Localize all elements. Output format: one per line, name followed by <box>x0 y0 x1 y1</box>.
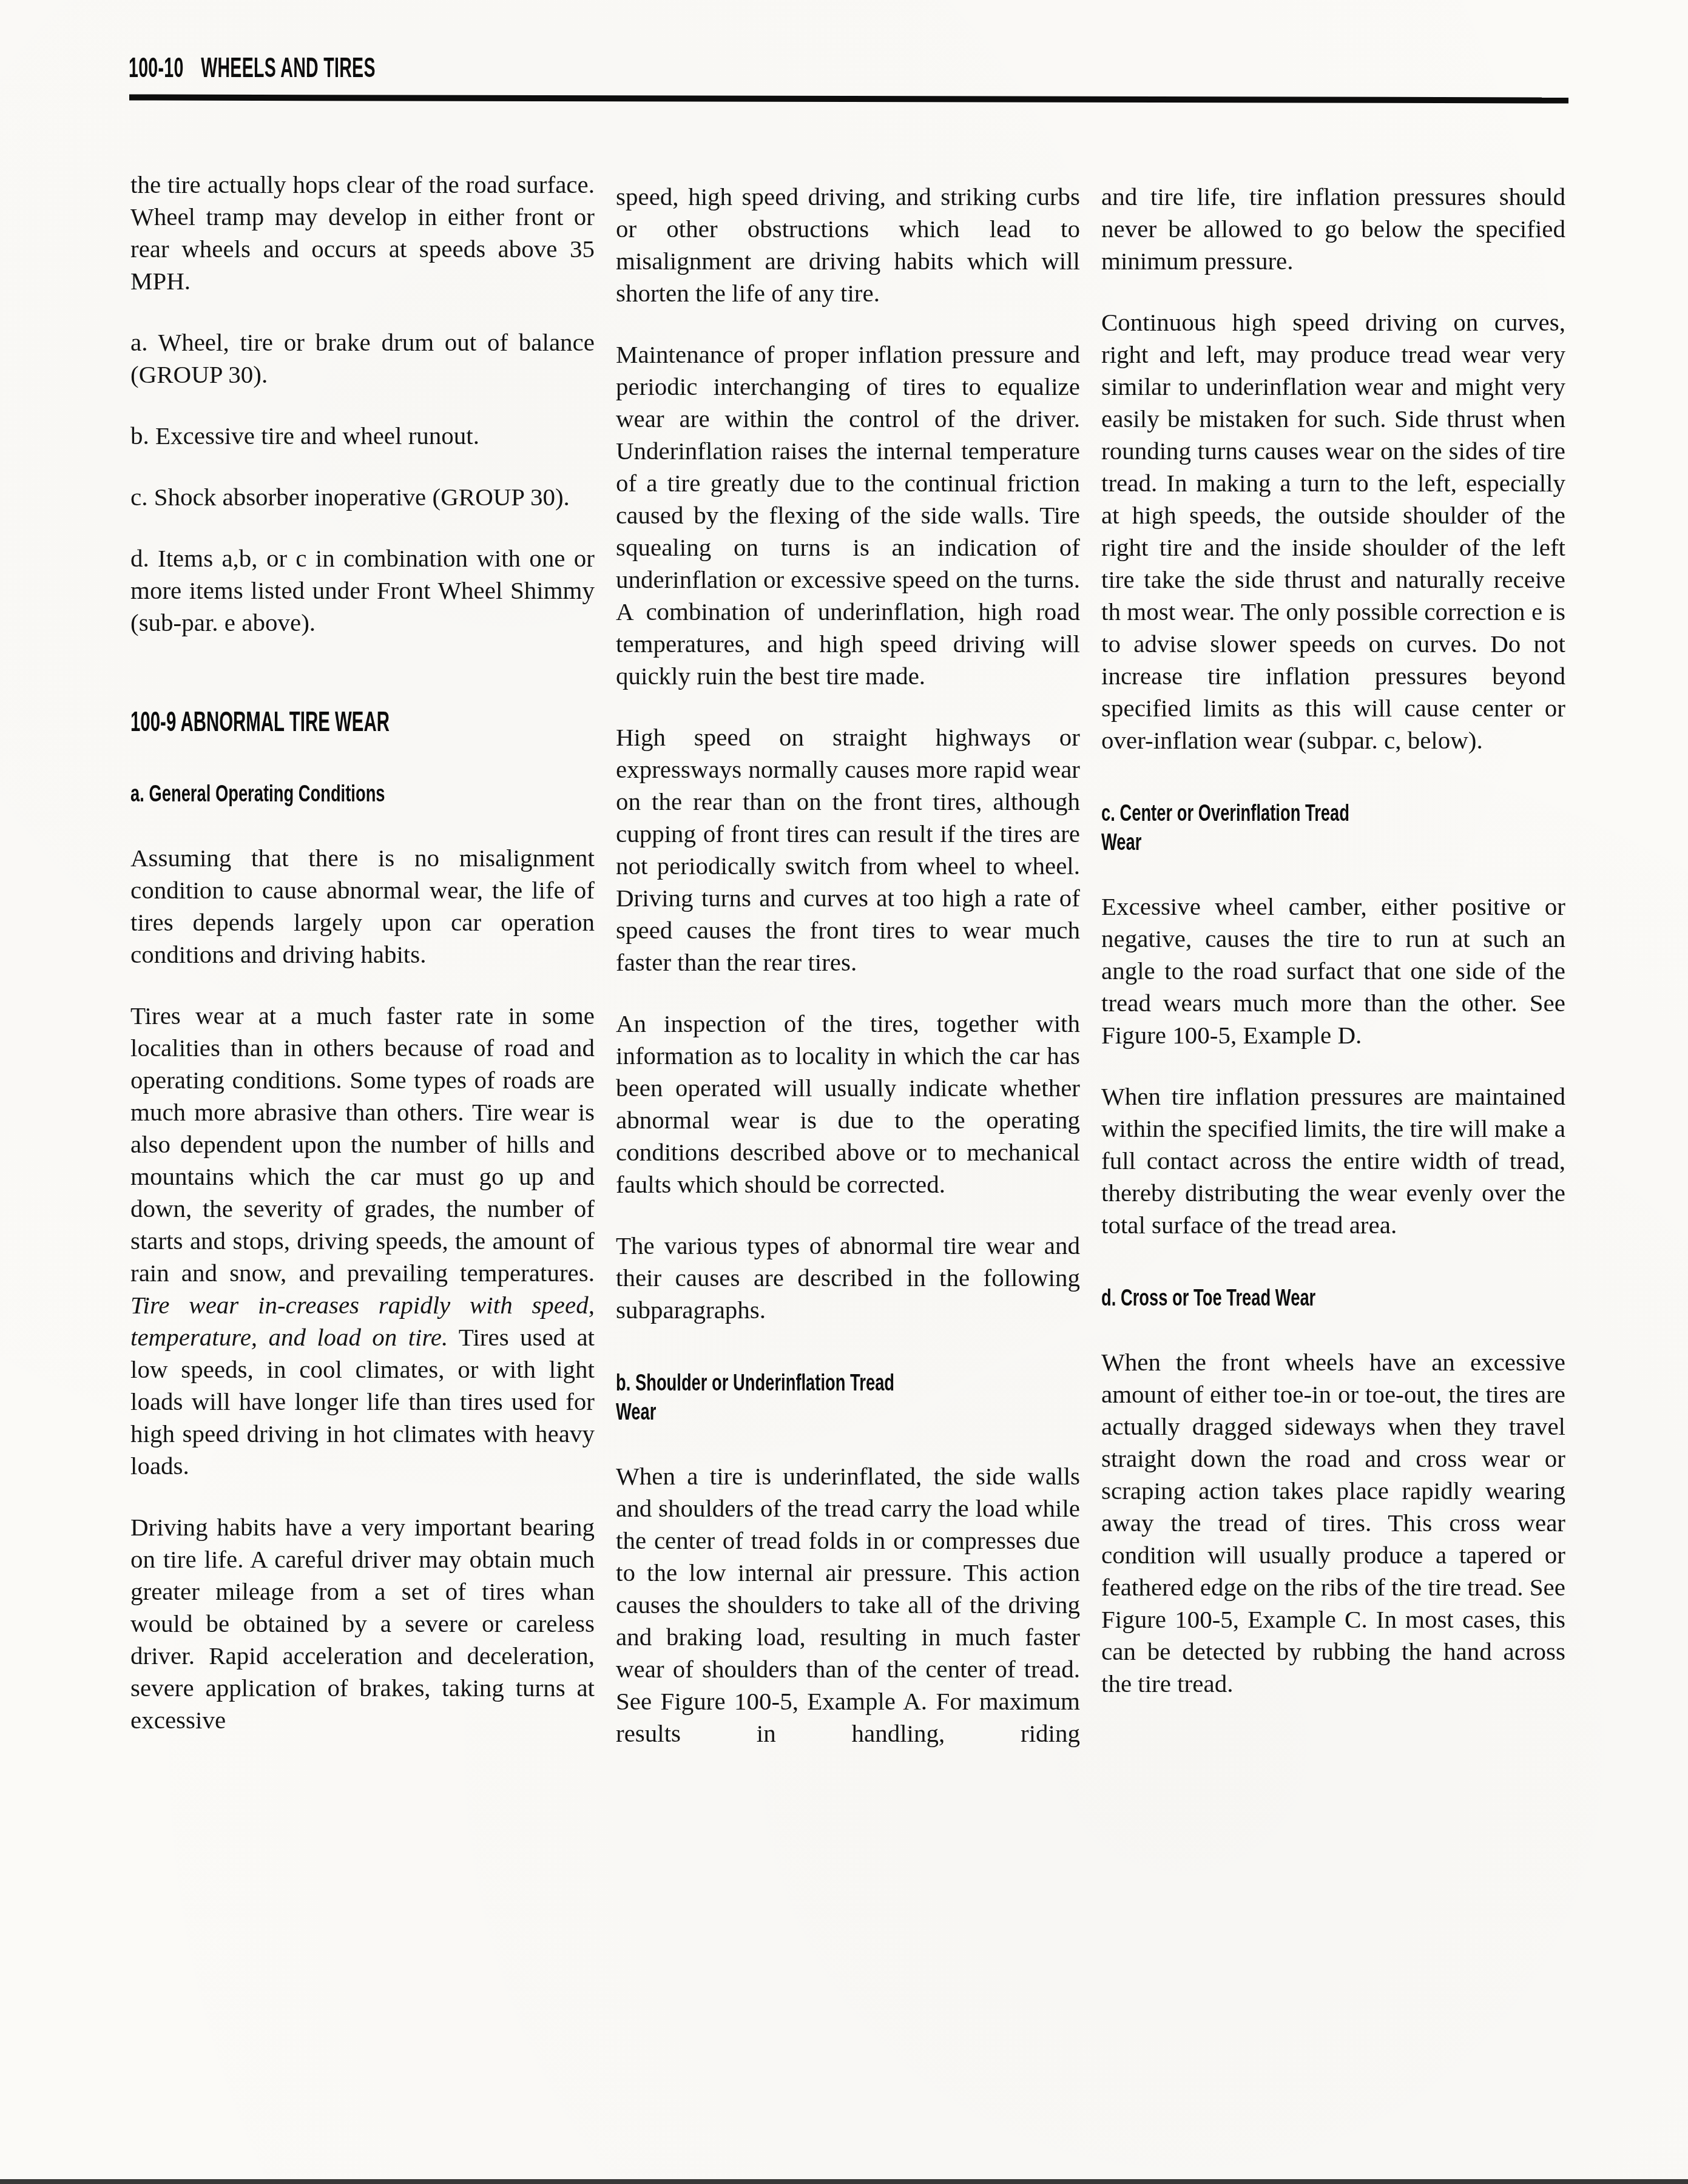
scan-edge-artifact <box>0 2179 1688 2184</box>
paragraph-high-speed-curves: Continuous high speed driving on curves,… <box>1101 306 1565 757</box>
paragraph-high-speed-wear: High speed on straight highways or expre… <box>616 721 1080 979</box>
subheading-center-overinflation-wear: c. Center or Overinflation Tread Wear <box>1101 799 1381 857</box>
paragraph-pressure-maintained: When tire inflation pressures are mainta… <box>1101 1080 1565 1241</box>
page-number: 100-10 <box>129 52 184 83</box>
paragraph-assuming-misalignment: Assuming that there is no misalignment c… <box>130 842 595 971</box>
paragraph-underinflated-tire: When a tire is underinflated, the side w… <box>616 1460 1080 1750</box>
subheading-general-operating-conditions: a. General Operating Conditions <box>130 780 410 809</box>
subheading-cross-toe-wear: d. Cross or Toe Tread Wear <box>1101 1284 1381 1313</box>
paragraph-tire-inspection: An inspection of the tires, together wit… <box>616 1008 1080 1201</box>
paragraph-driving-habits-continued: speed, high speed driving, and striking … <box>616 181 1080 309</box>
list-item-c: c. Shock absorber inoperative (GROUP 30)… <box>130 481 595 513</box>
subheading-shoulder-underinflation-wear: b. Shoulder or Underinflation Tread Wear <box>616 1369 896 1427</box>
tire-wear-factors-text: Tires wear at a much faster rate in some… <box>130 1002 595 1287</box>
manual-page: 100-10WHEELS AND TIRES the tire actually… <box>0 0 1688 2184</box>
paragraph-tire-life-continued: and tire life, tire inflation pressures … <box>1101 181 1565 277</box>
text-columns: the tire actually hops clear of the road… <box>130 169 1565 1779</box>
section-heading-100-9: 100-9 ABNORMAL TIRE WEAR <box>130 706 428 737</box>
header-rule <box>129 95 1568 104</box>
text-column-2: speed, high speed driving, and striking … <box>616 169 1080 1779</box>
paragraph-toe-wear: When the front wheels have an excessive … <box>1101 1346 1565 1700</box>
paragraph-wear-types: The various types of abnormal tire wear … <box>616 1230 1080 1326</box>
paragraph-inflation-maintenance: Maintenance of proper inflation pressure… <box>616 339 1080 692</box>
paragraph-driving-habits: Driving habits have a very important bea… <box>130 1511 595 1736</box>
paragraph-wheel-camber: Excessive wheel camber, either positive … <box>1101 891 1565 1051</box>
list-item-b: b. Excessive tire and wheel runout. <box>130 420 595 452</box>
page-header-title: WHEELS AND TIRES <box>201 52 376 83</box>
list-item-a: a. Wheel, tire or brake drum out of bala… <box>130 326 595 391</box>
paragraph-wheel-tramp: the tire actually hops clear of the road… <box>130 169 595 297</box>
page-header: 100-10WHEELS AND TIRES <box>129 51 376 84</box>
text-column-1: the tire actually hops clear of the road… <box>130 169 595 1779</box>
text-column-3: and tire life, tire inflation pressures … <box>1101 169 1565 1779</box>
list-item-d: d. Items a,b, or c in combination with o… <box>130 542 595 639</box>
paragraph-tire-wear-factors: Tires wear at a much faster rate in some… <box>130 1000 595 1482</box>
